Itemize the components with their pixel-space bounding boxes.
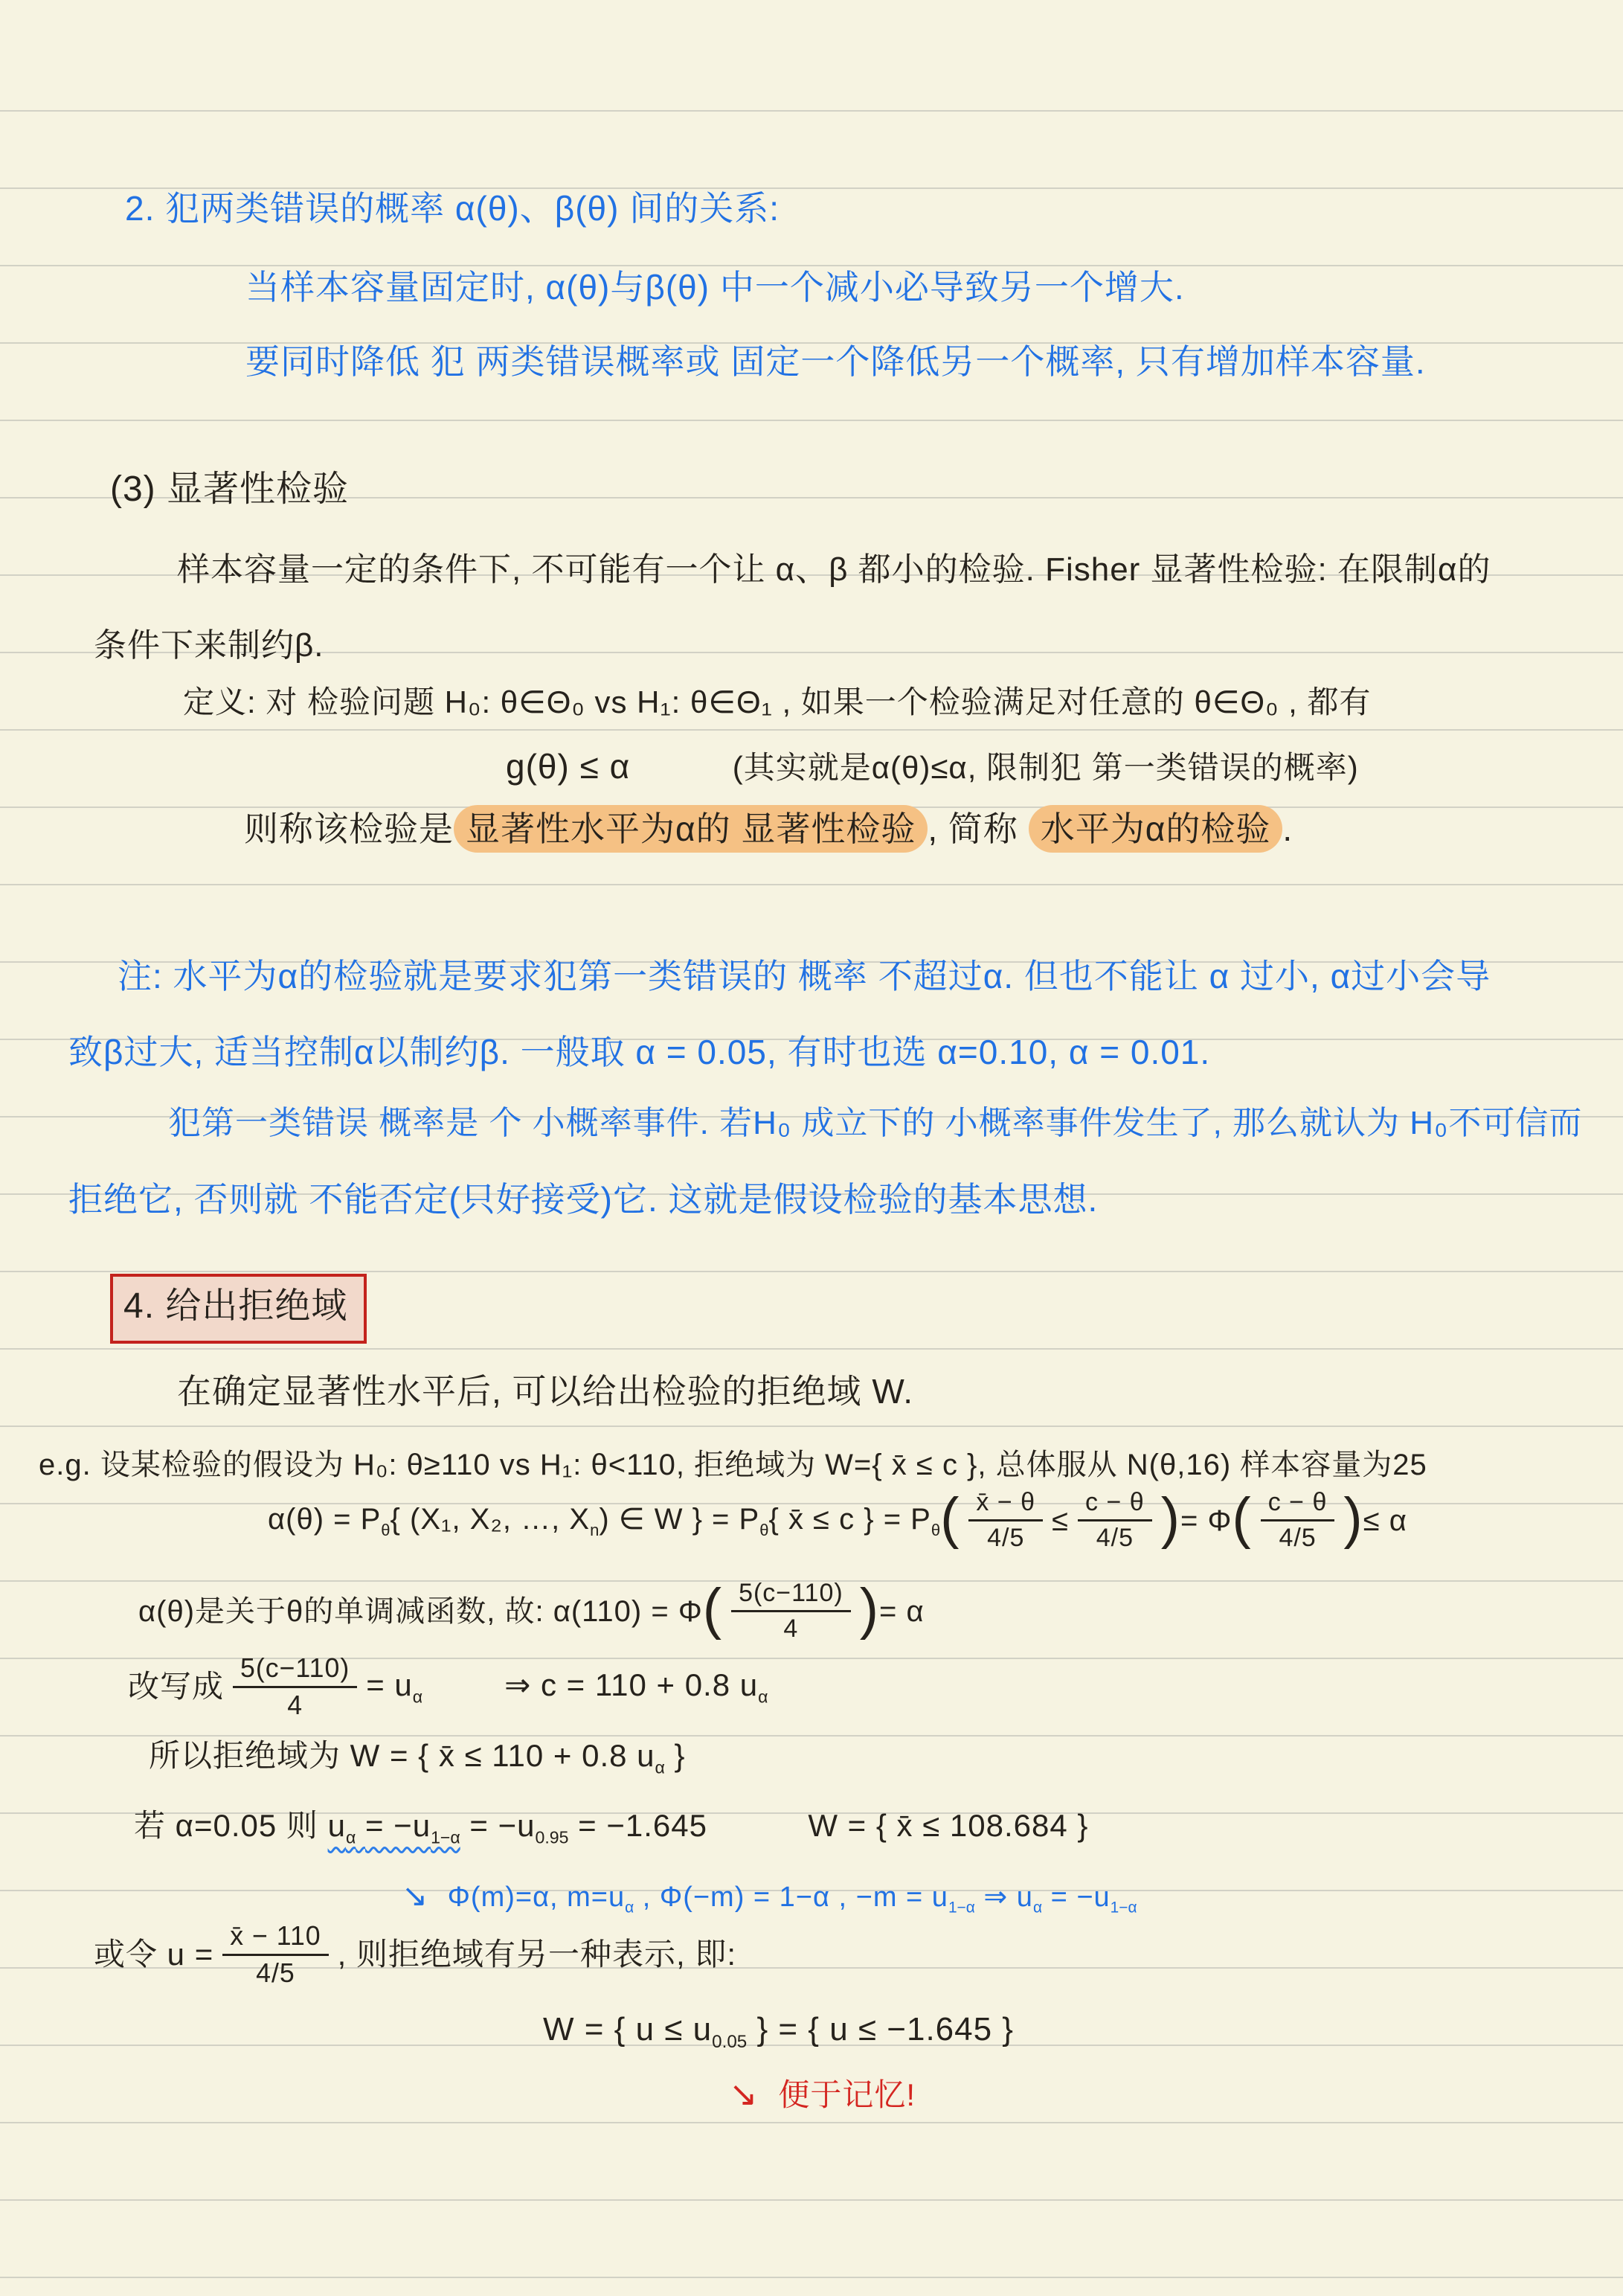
remark-line2: 致β过大, 适当控制α以制约β. 一般取 α = 0.05, 有时也选 α=0.… — [68, 1031, 1210, 1074]
fraction-c-theta: c − θ4/5 — [1078, 1488, 1152, 1553]
formula-w-u-form: W = { u ≤ u0.05 } = { u ≤ −1.645 } — [543, 2009, 1014, 2053]
sec2-p2-text: 要同时降低 犯 两类错误概率或 固定一个降低另一个概率, 只有增加样本容量. — [245, 342, 1426, 381]
m2-a: α(θ)是关于θ的单调减函数, 故: α(110) = Φ — [138, 1593, 703, 1630]
sec3-definition-formula: g(θ) ≤ α (其实就是α(θ)≤α, 限制犯 第一类错误的概率) — [506, 745, 1359, 789]
sec3-heading-text: (3) 显著性检验 — [110, 469, 349, 509]
fraction-5c110-4: 5(c−110)4 — [233, 1653, 357, 1721]
sec2-paragraph-2: 要同时降低 犯 两类错误概率或 固定一个降低另一个概率, 只有增加样本容量. — [245, 341, 1426, 384]
sec2-paragraph-1: 当样本容量固定时, α(θ)与β(θ) 中一个减小必导致另一个增大. — [245, 266, 1185, 310]
sec4-intro: 在确定显著性水平后, 可以给出检验的拒绝域 W. — [177, 1370, 913, 1414]
sec3-heading: (3) 显著性检验 — [110, 467, 349, 512]
formula-alternative: 或令 u = x̄ − 1104/5 , 则拒绝域有另一种表示, 即: — [94, 1921, 736, 1989]
close-paren: ) — [1161, 1496, 1180, 1542]
m1-a: α(θ) = Pθ — [268, 1501, 391, 1541]
m2-b: = α — [879, 1593, 925, 1630]
formula-rejection-region: 所以拒绝域为 W = { x̄ ≤ 110 + 0.8 uα } — [149, 1737, 686, 1778]
sub-theta: θ — [759, 1521, 768, 1539]
sec3-body2-text: 条件下来制约β. — [94, 627, 324, 664]
fraction-xbar-theta: x̄ − θ4/5 — [968, 1488, 1043, 1553]
sec2-p1-text: 当样本容量固定时, α(θ)与β(θ) 中一个减小必导致另一个增大. — [245, 268, 1185, 307]
sub-alpha: α — [1033, 1899, 1042, 1917]
blue-arrow-icon: ↘ — [402, 1878, 428, 1913]
sub-theta: θ — [381, 1521, 390, 1539]
m5-d: = −1.645 — [578, 1808, 707, 1843]
fraction-c-theta-phi: c − θ4/5 — [1261, 1488, 1335, 1553]
notebook-page: 2. 犯两类错误的概率 α(θ)、β(θ) 间的关系: 当样本容量固定时, α(… — [0, 0, 1623, 2296]
m8-a: W = { u ≤ u — [543, 2011, 712, 2048]
remark-line1: 注: 水平为α的检验就是要求犯第一类错误的 概率 不超过α. 但也不能让 α 过… — [118, 955, 1491, 998]
sec4-example: e.g. 设某检验的假设为 H₀: θ≥110 vs H₁: θ<110, 拒绝… — [39, 1446, 1427, 1484]
m1-d: = Φ — [1180, 1502, 1232, 1539]
m1-le: ≤ — [1052, 1502, 1069, 1539]
open-paren: ( — [1232, 1496, 1251, 1542]
sub-095: 0.95 — [536, 1827, 569, 1847]
sec3-conclusion: 则称该检验是显著性水平为α的 显著性检验, 简称 水平为α的检验. — [244, 808, 1293, 851]
sec4-heading: 4. 给出拒绝域 — [110, 1274, 367, 1344]
m6-a: Φ(m)=α, m=uα — [448, 1882, 634, 1913]
sec2-title-text: 2. 犯两类错误的概率 α(θ)、β(θ) 间的关系: — [125, 189, 780, 228]
formula-alpha-theta: α(θ) = Pθ { (X₁, X₂, …, Xn) ∈ W } = Pθ {… — [268, 1488, 1407, 1553]
m6-c: ⇒ uα — [983, 1882, 1042, 1913]
formula-alpha-005: 若 α=0.05 则 uα = −u1−α = −u0.95 = −1.645 … — [134, 1806, 1088, 1848]
open-paren: ( — [940, 1496, 960, 1542]
m5-w: W = { x̄ ≤ 108.684 } — [808, 1808, 1088, 1843]
red-arrow-icon: ↘ — [729, 2074, 759, 2113]
blue-side-note: ↘ Φ(m)=α, m=uα , Φ(−m) = 1−α , −m = u1−α… — [402, 1876, 1137, 1918]
red-memo: ↘ 便于记忆! — [729, 2073, 916, 2116]
sub-alpha: α — [346, 1827, 356, 1847]
remark-p2a-text: 犯第一类错误 概率是 个 小概率事件. 若H₀ 成立下的 小概率事件发生了, 那… — [168, 1105, 1582, 1141]
m8-b: } = { u ≤ −1.645 } — [756, 2011, 1014, 2048]
sub-theta: θ — [931, 1521, 940, 1539]
m3-c: ⇒ c = 110 + 0.8 uα — [504, 1666, 768, 1707]
sub-alpha: α — [625, 1899, 634, 1917]
m5-a: 若 α=0.05 则 — [134, 1808, 318, 1843]
m3-b: = uα — [366, 1666, 422, 1707]
sub-005: 0.05 — [712, 2032, 747, 2052]
m3-a: 改写成 — [128, 1667, 224, 1707]
m1-e: ≤ α — [1363, 1502, 1407, 1539]
highlight-significance-level: 显著性水平为α的 显著性检验 — [454, 805, 928, 853]
wavy-underline-identity: uα = −u1−α — [328, 1808, 460, 1843]
remark-p1b-text: 致β过大, 适当控制α以制约β. 一般取 α = 0.05, 有时也选 α=0.… — [68, 1033, 1210, 1071]
sub-alpha: α — [655, 1757, 665, 1777]
concl-end-text: . — [1282, 809, 1293, 848]
m6-b: , Φ(−m) = 1−α , −m = u1−α — [643, 1882, 975, 1913]
concl-pre-text: 则称该检验是 — [244, 809, 454, 848]
m7-b: , 则拒绝域有另一种表示, 即: — [338, 1935, 736, 1975]
memo-text: 便于记忆! — [778, 2077, 916, 2112]
sub-alpha: α — [758, 1687, 768, 1707]
close-paren: ) — [1343, 1496, 1363, 1542]
m7-a: 或令 u = — [94, 1935, 213, 1975]
remark-line3: 犯第一类错误 概率是 个 小概率事件. 若H₀ 成立下的 小概率事件发生了, 那… — [168, 1103, 1582, 1144]
sub-alpha: α — [413, 1687, 422, 1707]
highlight-level-alpha-test: 水平为α的检验 — [1029, 805, 1283, 853]
open-paren: ( — [703, 1587, 722, 1632]
sec3-body1-text: 样本容量一定的条件下, 不可能有一个让 α、β 都小的检验. Fisher 显著… — [177, 551, 1491, 588]
concl-mid-text: , 简称 — [928, 809, 1018, 848]
sec3-definition-intro: 定义: 对 检验问题 H₀: θ∈Θ₀ vs H₁: θ∈Θ₁ , 如果一个检验… — [183, 683, 1372, 722]
sub-one-minus-alpha: 1−α — [431, 1827, 460, 1847]
m4-b: } — [675, 1738, 686, 1773]
remark-p2b-text: 拒绝它, 否则就 不能否定(只好接受)它. 这就是假设检验的基本思想. — [68, 1180, 1098, 1219]
m4-a: 所以拒绝域为 W = { x̄ ≤ 110 + 0.8 u — [149, 1738, 655, 1773]
sub-one-minus-alpha: 1−α — [948, 1899, 975, 1917]
sec4-heading-box: 4. 给出拒绝域 — [110, 1274, 367, 1344]
close-paren: ) — [860, 1587, 879, 1632]
formula-monotone: α(θ)是关于θ的单调减函数, 故: α(110) = Φ ( 5(c−110)… — [138, 1579, 925, 1644]
sec3-body-line1: 样本容量一定的条件下, 不可能有一个让 α、β 都小的检验. Fisher 显著… — [177, 549, 1491, 590]
sec3-def-intro-text: 定义: 对 检验问题 H₀: θ∈Θ₀ vs H₁: θ∈Θ₁ , 如果一个检验… — [183, 684, 1372, 719]
sub-n: n — [590, 1521, 599, 1539]
m6-d: = −u1−α — [1051, 1882, 1137, 1913]
sub-one-minus-alpha: 1−α — [1111, 1899, 1137, 1917]
m1-b: { (X₁, X₂, …, Xn) ∈ W } = Pθ — [391, 1501, 769, 1541]
sec2-title: 2. 犯两类错误的概率 α(θ)、β(θ) 间的关系: — [125, 187, 780, 231]
m1-c: { x̄ ≤ c } = Pθ — [768, 1501, 940, 1541]
def-formula-note: (其实就是α(θ)≤α, 限制犯 第一类错误的概率) — [733, 750, 1359, 785]
fraction-xbar-110: x̄ − 1104/5 — [222, 1921, 328, 1989]
remark-line4: 拒绝它, 否则就 不能否定(只好接受)它. 这就是假设检验的基本思想. — [68, 1179, 1098, 1222]
sec4-intro-text: 在确定显著性水平后, 可以给出检验的拒绝域 W. — [177, 1372, 913, 1411]
sec4-example-text: e.g. 设某检验的假设为 H₀: θ≥110 vs H₁: θ<110, 拒绝… — [39, 1449, 1427, 1481]
sec3-body-line2: 条件下来制约β. — [94, 625, 324, 666]
m5-c: = −u0.95 — [469, 1808, 568, 1843]
remark-p1a-text: 注: 水平为α的检验就是要求犯第一类错误的 概率 不超过α. 但也不能让 α 过… — [118, 957, 1491, 995]
def-formula-text: g(θ) ≤ α — [506, 747, 630, 786]
fraction-5c110-4: 5(c−110)4 — [731, 1579, 851, 1644]
formula-rewrite: 改写成 5(c−110)4 = uα ⇒ c = 110 + 0.8 uα — [128, 1653, 768, 1721]
